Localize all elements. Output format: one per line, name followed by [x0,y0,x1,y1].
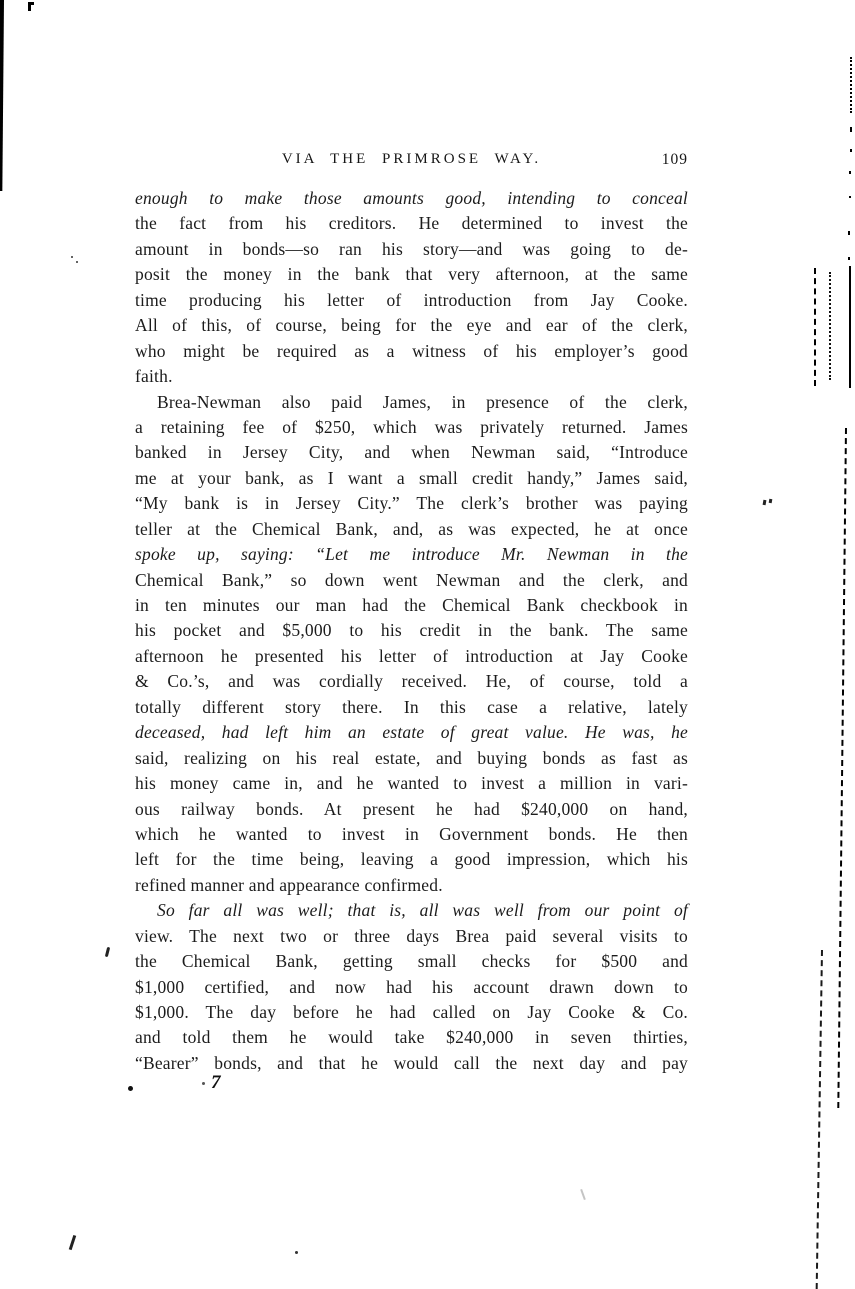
text-line: spoke up, saying: “Let me introduce Mr. … [135,542,688,567]
margin-line-solid [849,266,851,388]
text-line: and told them he would take $240,000 in … [135,1025,688,1050]
text-line: in ten minutes our man had the Chemical … [135,593,688,618]
text-line: me at your bank, as I want a small credi… [135,466,688,491]
text-line: view. The next two or three days Brea pa… [135,924,688,949]
scan-artifact-slash [69,1235,76,1250]
ink-speck [128,1086,133,1091]
text-line: $1,000 certified, and now had his accoun… [135,975,688,1000]
scan-artifact-corner [28,2,31,11]
page-number: 109 [662,151,688,169]
margin-line-long-dashed [837,428,847,1108]
margin-dot [849,171,851,174]
text-line: Chemical Bank,” so down went Newman and … [135,568,688,593]
scan-artifact-apostrophe [105,947,110,957]
text-line: who might be required as a witness of hi… [135,339,688,364]
text-line: ous railway bonds. At present he had $24… [135,797,688,822]
margin-dot [848,257,850,260]
text-line: $1,000. The day before he had called on … [135,1000,688,1025]
signature-mark: 7 [211,1072,221,1094]
text-line: his money came in, and he wanted to inve… [135,771,688,796]
running-title: VIA THE PRIMROSE WAY. [135,151,688,168]
margin-line-dotted [850,57,852,113]
text-line: All of this, of course, being for the ey… [135,313,688,338]
body-text: enough to make those amounts good, inten… [135,186,688,1076]
book-page: VIA THE PRIMROSE WAY. 109 enough to make… [0,0,855,1289]
scan-artifact-ditto [763,500,767,505]
text-line: said, realizing on his real estate, and … [135,746,688,771]
text-line: his pocket and $5,000 to his credit in t… [135,618,688,643]
margin-line-dotted [829,272,831,380]
text-line: afternoon he presented his letter of int… [135,644,688,669]
text-line: banked in Jersey City, and when Newman s… [135,440,688,465]
text-line: teller at the Chemical Bank, and, as was… [135,517,688,542]
margin-line-thick [0,0,4,191]
text-line: refined manner and appearance confirmed. [135,873,688,898]
margin-dot [849,196,851,198]
text-line: totally different story there. In this c… [135,695,688,720]
text-line: enough to make those amounts good, inten… [135,186,688,211]
margin-line-dashed [814,268,816,386]
text-line: posit the money in the bank that very af… [135,262,688,287]
scan-artifact-backslash [580,1189,586,1200]
text-line: Brea-Newman also paid James, in presence… [135,390,688,415]
text-line: time producing his letter of introductio… [135,288,688,313]
text-line: the Chemical Bank, getting small checks … [135,949,688,974]
text-line: amount in bonds—so ran his story—and was… [135,237,688,262]
scan-artifact-ditto [769,499,773,503]
ink-speck [295,1251,298,1254]
margin-dot [848,231,850,235]
margin-dot [850,149,852,152]
text-line: a retaining fee of $250, which was priva… [135,415,688,440]
text-line: So far all was well; that is, all was we… [135,898,688,923]
text-line: “My bank is in Jersey City.” The clerk’s… [135,491,688,516]
page-header: VIA THE PRIMROSE WAY. 109 [135,151,688,175]
margin-dot [850,127,852,132]
text-line: deceased, had left him an estate of grea… [135,720,688,745]
ink-speck [202,1082,205,1085]
text-line: which he wanted to invest in Government … [135,822,688,847]
ink-speck [76,261,78,263]
ink-speck [71,256,73,258]
margin-line-dashed [816,950,823,1289]
text-line: faith. [135,364,688,389]
text-line: & Co.’s, and was cordially received. He,… [135,669,688,694]
text-line: the fact from his creditors. He determin… [135,211,688,236]
text-line: left for the time being, leaving a good … [135,847,688,872]
